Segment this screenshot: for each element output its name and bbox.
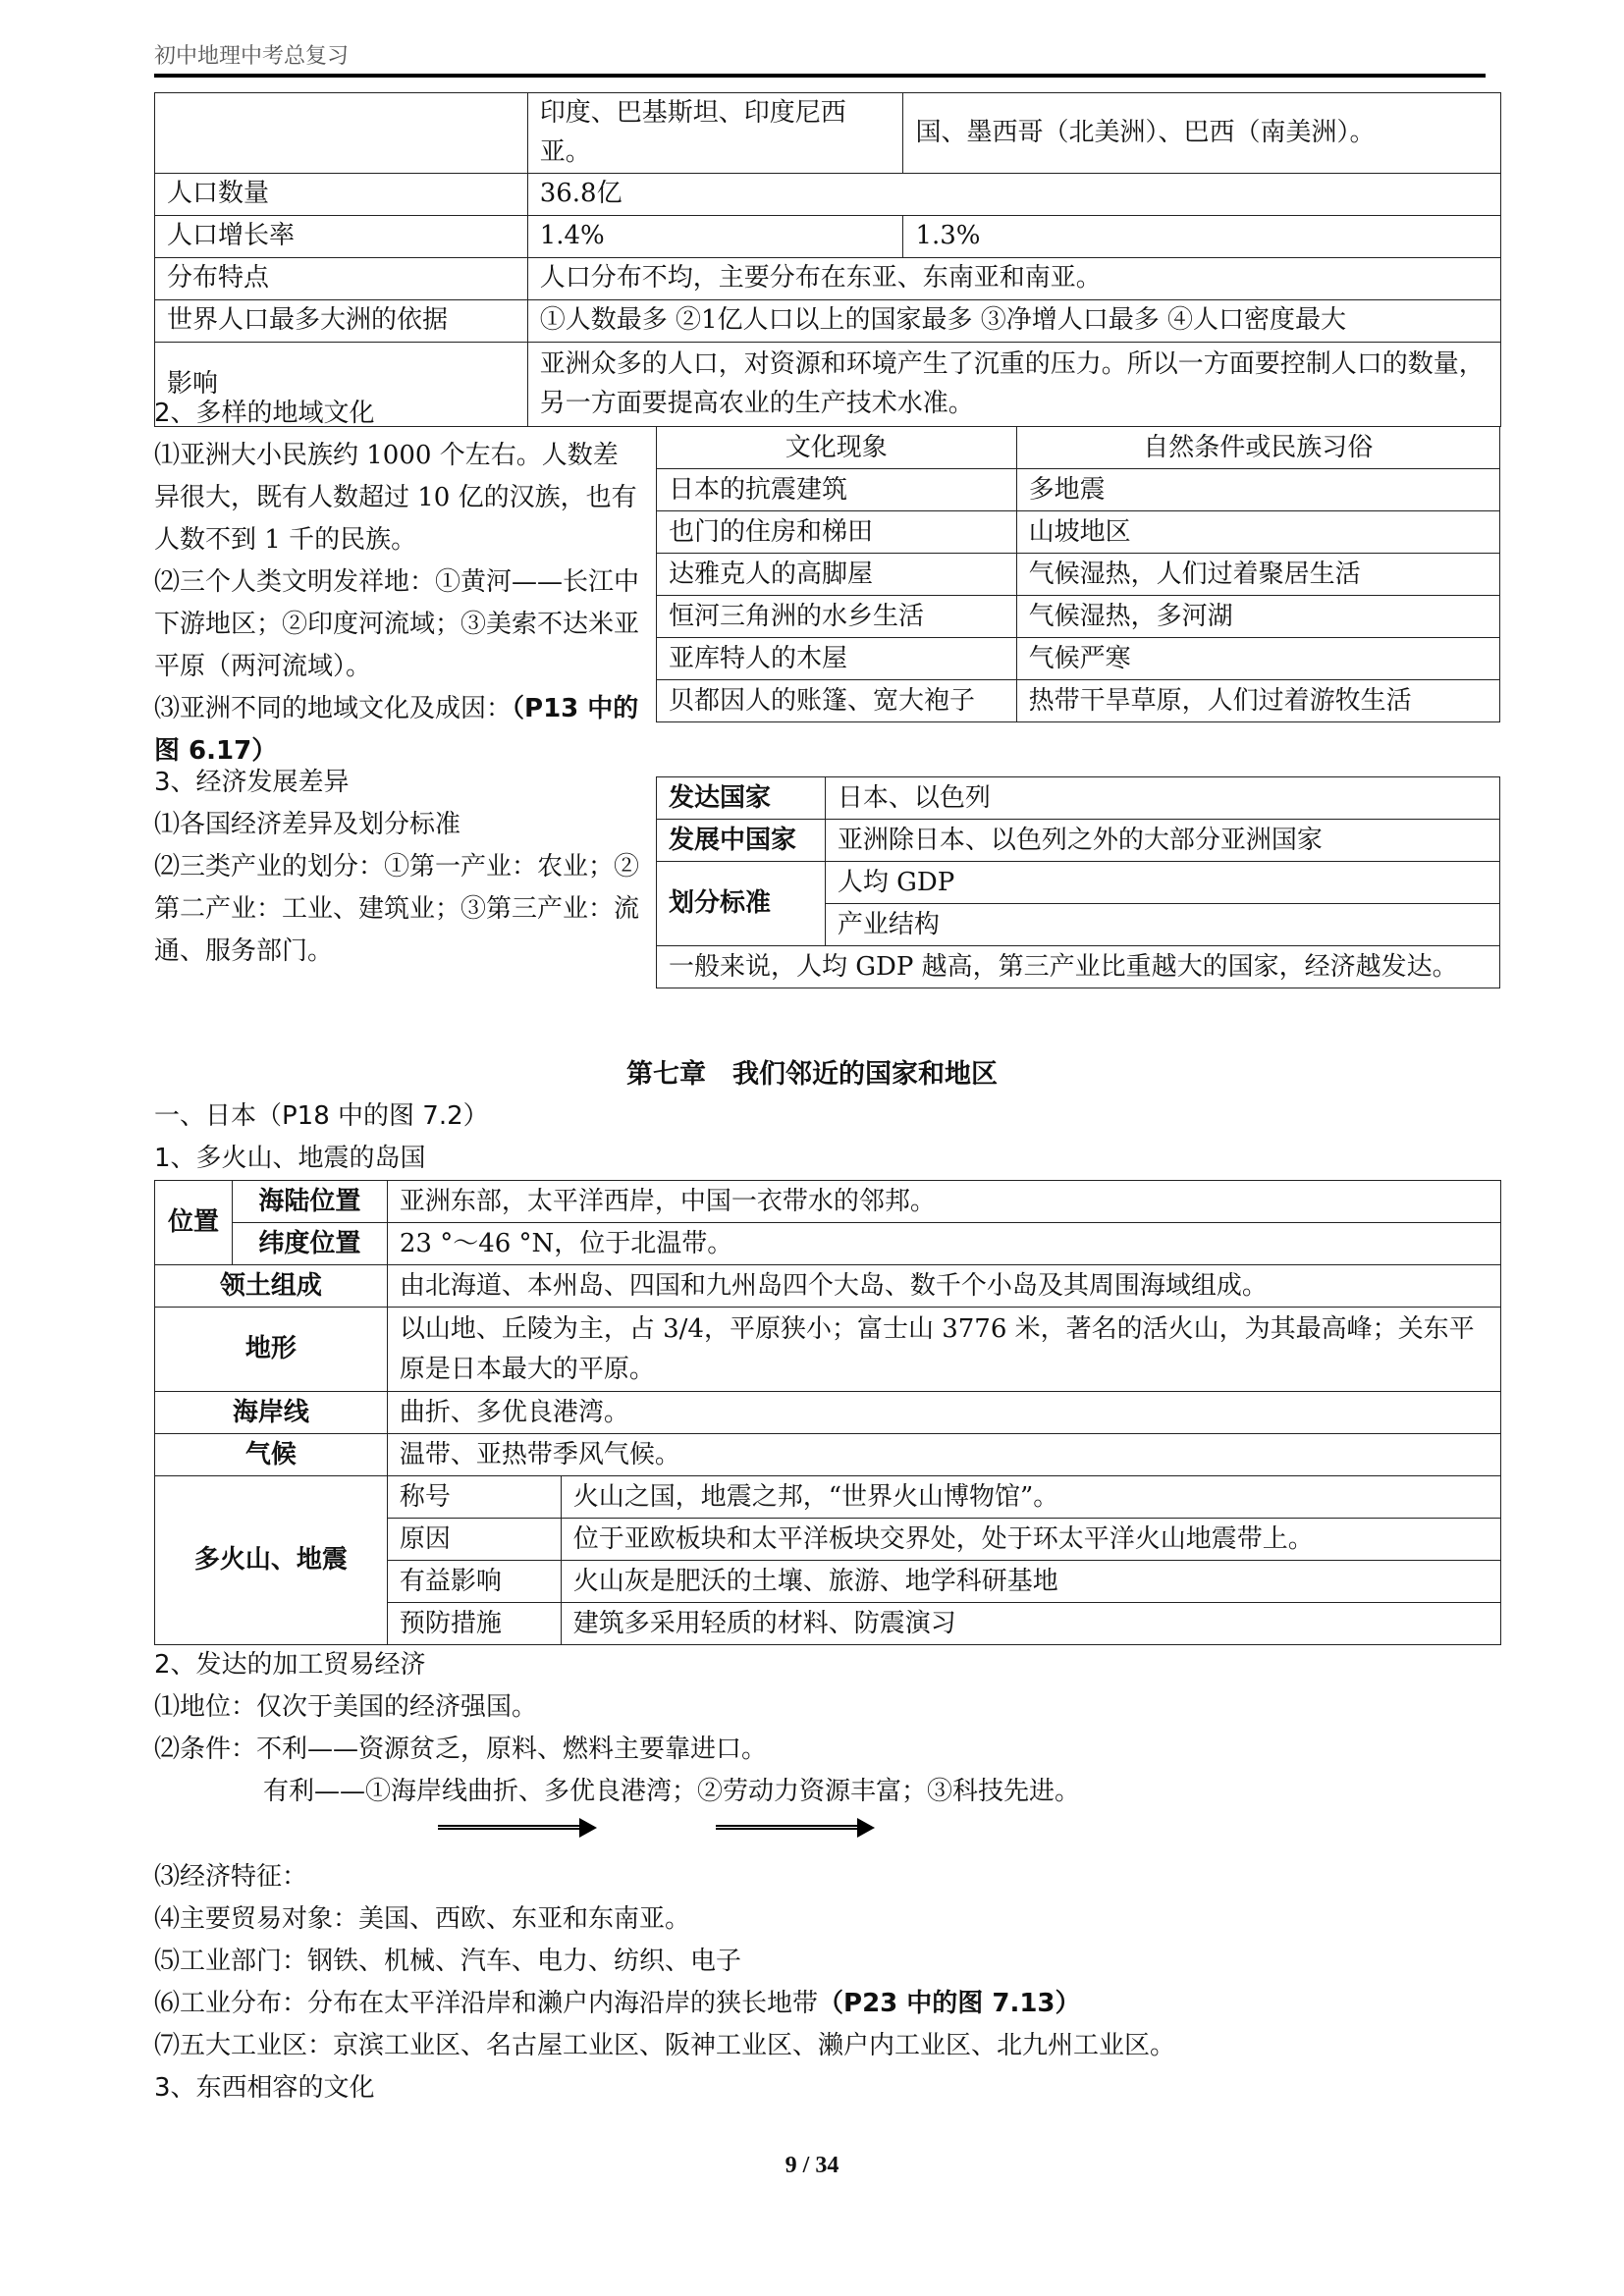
table-row: 气候 温带、亚热带季风气候。: [155, 1434, 1501, 1476]
sub-label: 原因: [387, 1519, 561, 1561]
header-rule: [154, 74, 1486, 78]
row-label: 海陆位置: [232, 1181, 387, 1223]
table-cell: ①人数最多 ②1亿人口以上的国家最多 ③净增人口最多 ④人口密度最大: [527, 299, 1500, 342]
economy-paragraph-1: ⑴各国经济差异及划分标准: [154, 804, 640, 846]
table-cell: 达雅克人的高脚屋: [657, 554, 1017, 596]
table-cell: 山坡地区: [1016, 511, 1499, 554]
culture-paragraph-1: ⑴亚洲大小民族约 1000 个左右。人数差异很大，既有人数超过 10 亿的汉族，…: [154, 435, 640, 561]
row-label: 领土组成: [155, 1265, 388, 1308]
table-cell: 位于亚欧板块和太平洋板块交界处，处于环太平洋火山地震带上。: [561, 1519, 1500, 1561]
table-row: 贝都因人的账篷、宽大袍子 热带干旱草原，人们过着游牧生活: [657, 680, 1500, 722]
subsection-heading-islands: 1、多火山、地震的岛国: [154, 1138, 426, 1180]
economy-item-3: ⑶经济特征：: [154, 1856, 307, 1898]
table-cell: 23 °～46 °N，位于北温带。: [387, 1223, 1500, 1265]
table-cell: 以山地、丘陵为主，占 3/4，平原狭小；富士山 3776 米，著名的活火山，为其…: [387, 1308, 1500, 1392]
population-table: 印度、巴基斯坦、印度尼西亚。 国、墨西哥（北美洲）、巴西（南美洲）。 人口数量 …: [154, 92, 1501, 427]
table-cell: 人均 GDP: [825, 862, 1499, 904]
table-row: 亚库特人的木屋 气候严寒: [657, 638, 1500, 680]
row-label: 气候: [155, 1434, 388, 1476]
table-row: 发展中国家 亚洲除日本、以色列之外的大部分亚洲国家: [657, 820, 1500, 862]
table-cell: 火山灰是肥沃的土壤、旅游、地学科研基地: [561, 1561, 1500, 1603]
table-cell: 日本、以色列: [825, 777, 1499, 820]
table-summary: 一般来说，人均 GDP 越高，第三产业比重越大的国家，经济越发达。: [657, 946, 1500, 988]
economy-item-7: ⑺五大工业区：京滨工业区、名古屋工业区、阪神工业区、濑户内工业区、北九州工业区。: [154, 2025, 1175, 2067]
economy-item-2: ⑵条件：不利——资源贫乏，原料、燃料主要靠进口。: [154, 1729, 767, 1771]
row-label: 发达国家: [657, 777, 826, 820]
table-row: 也门的住房和梯田 山坡地区: [657, 511, 1500, 554]
sub-label: 称号: [387, 1476, 561, 1519]
economy-item-5: ⑸工业部门：钢铁、机械、汽车、电力、纺织、电子: [154, 1941, 741, 1983]
table-cell: 气候严寒: [1016, 638, 1499, 680]
table-row: 分布特点 人口分布不均，主要分布在东亚、东南亚和南亚。: [155, 257, 1501, 299]
table-cell: 也门的住房和梯田: [657, 511, 1017, 554]
table-cell: 贝都因人的账篷、宽大袍子: [657, 680, 1017, 722]
subsection-heading-economy: 2、发达的加工贸易经济: [154, 1644, 426, 1686]
table-cell: 亚洲东部，太平洋西岸，中国一衣带水的邻邦。: [387, 1181, 1500, 1223]
column-header: 自然条件或民族习俗: [1016, 427, 1499, 469]
culture-table: 文化现象 自然条件或民族习俗 日本的抗震建筑 多地震 也门的住房和梯田 山坡地区…: [656, 426, 1500, 722]
table-cell: 人口分布不均，主要分布在东亚、东南亚和南亚。: [527, 257, 1500, 299]
table-cell: 温带、亚热带季风气候。: [387, 1434, 1500, 1476]
table-row: 划分标准 人均 GDP: [657, 862, 1500, 904]
economy-table: 发达国家 日本、以色列 发展中国家 亚洲除日本、以色列之外的大部分亚洲国家 划分…: [656, 776, 1500, 988]
table-cell: 国、墨西哥（北美洲）、巴西（南美洲）。: [903, 93, 1501, 174]
table-row: 人口数量 36.8亿: [155, 173, 1501, 215]
table-row: 领土组成 由北海道、本州岛、四国和九州岛四个大岛、数千个小岛及其周围海域组成。: [155, 1265, 1501, 1308]
figure-reference: （P23 中的图 7.13）: [818, 1989, 1081, 2018]
table-cell: 日本的抗震建筑: [657, 469, 1017, 511]
sub-label: 有益影响: [387, 1561, 561, 1603]
economy-paragraph-2: ⑵三类产业的划分：①第一产业：农业；②第二产业：工业、建筑业；③第三产业：流通、…: [154, 846, 640, 973]
table-cell: 亚洲众多的人口，对资源和环境产生了沉重的压力。所以一方面要控制人口的数量，另一方…: [527, 342, 1500, 426]
chapter-title: 第七章 我们邻近的国家和地区: [0, 1053, 1624, 1095]
japan-heading: 一、日本（P18 中的图 7.2）: [154, 1095, 489, 1138]
table-row: 一般来说，人均 GDP 越高，第三产业比重越大的国家，经济越发达。: [657, 946, 1500, 988]
column-header: 文化现象: [657, 427, 1017, 469]
economy-item-6: ⑹工业分布：分布在太平洋沿岸和濑户内海沿岸的狭长地带（P23 中的图 7.13）: [154, 1983, 1081, 2025]
page-number: 9 / 34: [0, 2153, 1624, 2179]
table-cell: 印度、巴基斯坦、印度尼西亚。: [527, 93, 903, 174]
table-cell: 由北海道、本州岛、四国和九州岛四个大岛、数千个小岛及其周围海域组成。: [387, 1265, 1500, 1308]
table-cell: 火山之国，地震之邦，“世界火山博物馆”。: [561, 1476, 1500, 1519]
table-row: 地形 以山地、丘陵为主，占 3/4，平原狭小；富士山 3776 米，著名的活火山…: [155, 1308, 1501, 1392]
row-label: 纬度位置: [232, 1223, 387, 1265]
subsection-heading-culture: 3、东西相容的文化: [154, 2067, 375, 2109]
section-heading-economy: 3、经济发展差异: [154, 762, 350, 804]
table-cell: [155, 93, 528, 174]
row-label: 分布特点: [155, 257, 528, 299]
table-row: 人口增长率 1.4% 1.3%: [155, 215, 1501, 257]
row-label: 多火山、地震: [155, 1476, 388, 1645]
table-cell: 气候湿热，人们过着聚居生活: [1016, 554, 1499, 596]
table-cell: 36.8亿: [527, 173, 1500, 215]
table-cell: 亚库特人的木屋: [657, 638, 1017, 680]
arrow-right-icon: [716, 1818, 875, 1838]
table-cell: 恒河三角洲的水乡生活: [657, 596, 1017, 638]
culture-paragraph-3: ⑶亚洲不同的地域文化及成因：（P13 中的图 6.17）: [154, 688, 640, 773]
table-row: 达雅克人的高脚屋 气候湿热，人们过着聚居生活: [657, 554, 1500, 596]
row-label: 发展中国家: [657, 820, 826, 862]
row-label: 人口数量: [155, 173, 528, 215]
table-cell: 曲折、多优良港湾。: [387, 1392, 1500, 1434]
table-row: 世界人口最多大洲的依据 ①人数最多 ②1亿人口以上的国家最多 ③净增人口最多 ④…: [155, 299, 1501, 342]
table-row: 恒河三角洲的水乡生活 气候湿热，多河湖: [657, 596, 1500, 638]
economy-item-2-favorable: 有利——①海岸线曲折、多优良港湾；②劳动力资源丰富；③科技先进。: [263, 1771, 1080, 1813]
table-cell: 1.4%: [527, 215, 903, 257]
row-label: 海岸线: [155, 1392, 388, 1434]
japan-table: 位置 海陆位置 亚洲东部，太平洋西岸，中国一衣带水的邻邦。 纬度位置 23 °～…: [154, 1180, 1501, 1645]
table-header-row: 文化现象 自然条件或民族习俗: [657, 427, 1500, 469]
economy-item-6-text: ⑹工业分布：分布在太平洋沿岸和濑户内海沿岸的狭长地带: [154, 1989, 818, 2018]
arrow-right-icon: [438, 1818, 597, 1838]
section-heading-culture: 2、多样的地域文化: [154, 393, 375, 435]
economy-item-1: ⑴地位：仅次于美国的经济强国。: [154, 1686, 537, 1729]
table-row: 印度、巴基斯坦、印度尼西亚。 国、墨西哥（北美洲）、巴西（南美洲）。: [155, 93, 1501, 174]
row-label: 人口增长率: [155, 215, 528, 257]
table-cell: 1.3%: [903, 215, 1501, 257]
table-cell: 热带干旱草原，人们过着游牧生活: [1016, 680, 1499, 722]
table-row: 日本的抗震建筑 多地震: [657, 469, 1500, 511]
row-label: 划分标准: [657, 862, 826, 946]
row-label: 世界人口最多大洲的依据: [155, 299, 528, 342]
table-row: 位置 海陆位置 亚洲东部，太平洋西岸，中国一衣带水的邻邦。: [155, 1181, 1501, 1223]
economy-item-4: ⑷主要贸易对象：美国、西欧、东亚和东南亚。: [154, 1898, 690, 1941]
table-cell: 气候湿热，多河湖: [1016, 596, 1499, 638]
table-row: 纬度位置 23 °～46 °N，位于北温带。: [155, 1223, 1501, 1265]
table-row: 海岸线 曲折、多优良港湾。: [155, 1392, 1501, 1434]
document-header-title: 初中地理中考总复习: [154, 39, 349, 70]
table-cell: 产业结构: [825, 904, 1499, 946]
table-cell: 建筑多采用轻质的材料、防震演习: [561, 1603, 1500, 1645]
culture-paragraph-2: ⑵三个人类文明发祥地：①黄河——长江中下游地区；②印度河流域；③美索不达米亚平原…: [154, 561, 640, 688]
table-row: 发达国家 日本、以色列: [657, 777, 1500, 820]
row-label: 地形: [155, 1308, 388, 1392]
sub-label: 预防措施: [387, 1603, 561, 1645]
culture-paragraph-3-text: ⑶亚洲不同的地域文化及成因：: [154, 694, 512, 723]
row-label: 位置: [155, 1181, 233, 1265]
table-cell: 亚洲除日本、以色列之外的大部分亚洲国家: [825, 820, 1499, 862]
table-cell: 多地震: [1016, 469, 1499, 511]
table-row: 多火山、地震 称号 火山之国，地震之邦，“世界火山博物馆”。: [155, 1476, 1501, 1519]
